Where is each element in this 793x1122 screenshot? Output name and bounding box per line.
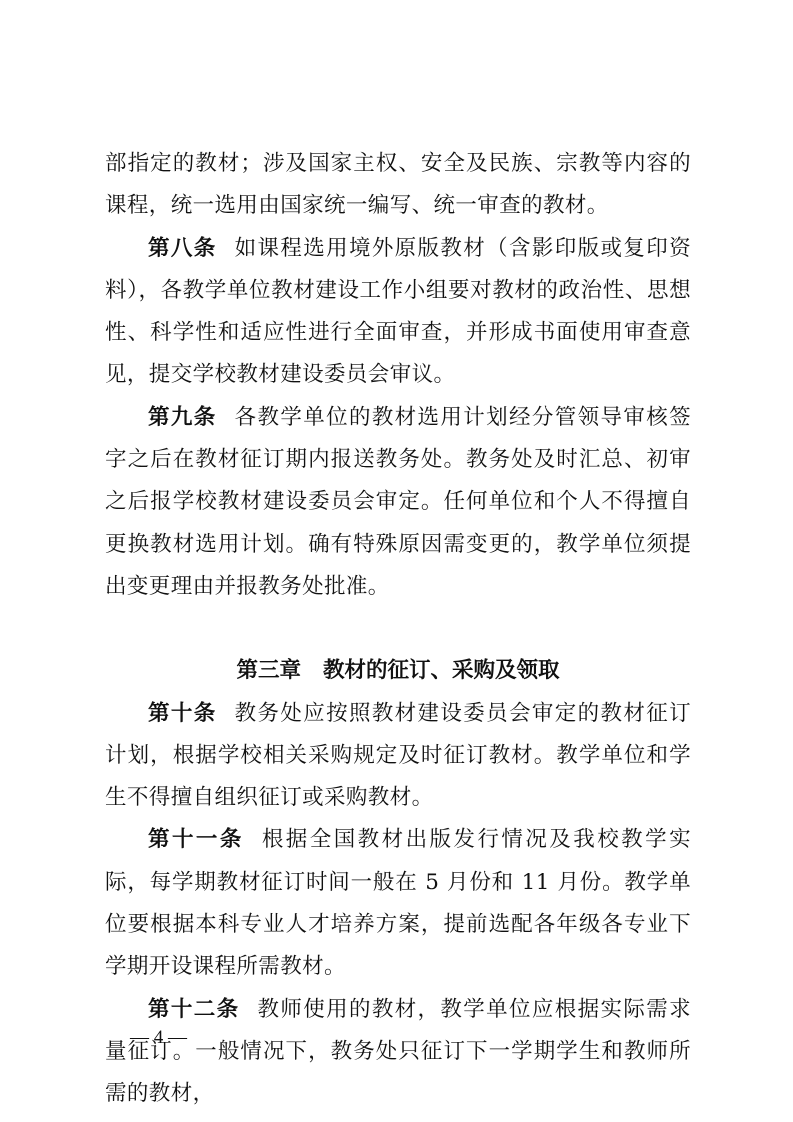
article-10: 第十条教务处应按照教材建设委员会审定的教材征订计划，根据学校相关采购规定及时征订… xyxy=(105,693,691,820)
article-number: 第十条 xyxy=(148,701,217,726)
chapter-title: 教材的征订、采购及领取 xyxy=(323,658,560,683)
article-number: 第十二条 xyxy=(148,997,239,1022)
article-number: 第八条 xyxy=(148,236,217,261)
article-9: 第九条各教学单位的教材选用计划经分管领导审核签字之后在教材征订期内报送教务处。教… xyxy=(105,397,691,608)
chapter-number: 第三章 xyxy=(236,658,301,683)
article-11: 第十一条根据全国教材出版发行情况及我校教学实际，每学期教材征订时间一般在 5 月… xyxy=(105,819,691,988)
article-12: 第十二条教师使用的教材，教学单位应根据实际需求量征订。一般情况下，教务处只征订下… xyxy=(105,989,691,1116)
paragraph-continuation: 部指定的教材；涉及国家主权、安全及民族、宗教等内容的课程，统一选用由国家统一编写… xyxy=(105,143,691,228)
chapter-heading: 第三章教材的征订、采购及领取 xyxy=(105,650,691,692)
article-text: 各教学单位的教材选用计划经分管领导审核签字之后在教材征订期内报送教务处。教务处及… xyxy=(105,405,691,599)
page-number: — 4 — xyxy=(130,1027,187,1049)
paragraph-text: 部指定的教材；涉及国家主权、安全及民族、宗教等内容的课程，统一选用由国家统一编写… xyxy=(105,151,691,218)
article-number: 第九条 xyxy=(148,405,217,430)
article-number: 第十一条 xyxy=(148,827,244,852)
article-8: 第八条如课程选用境外原版教材（含影印版或复印资料），各教学单位教材建设工作小组要… xyxy=(105,228,691,397)
document-page: 部指定的教材；涉及国家主权、安全及民族、宗教等内容的课程，统一选用由国家统一编写… xyxy=(105,143,691,1116)
